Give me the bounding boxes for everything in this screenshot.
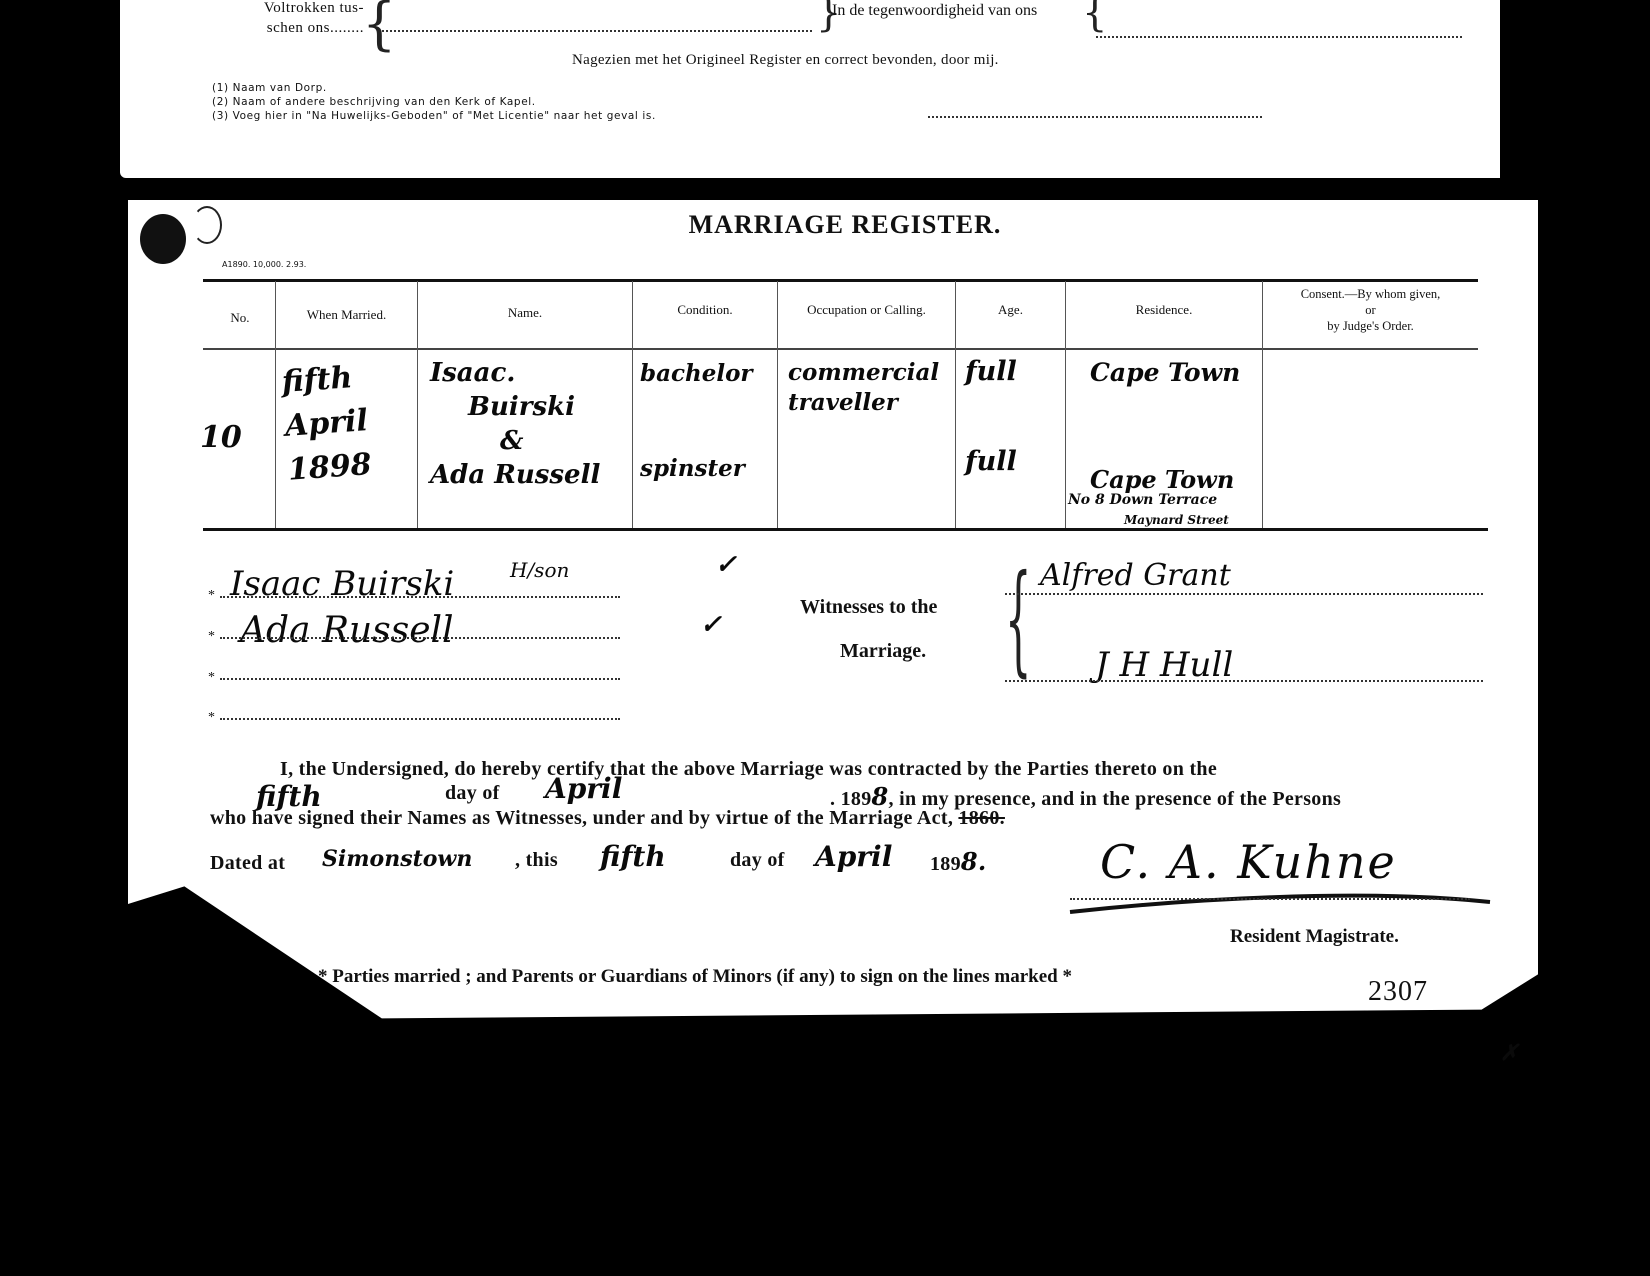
entry-consent bbox=[1263, 360, 1473, 520]
footnote-3: (3) Voeg hier in "Na Huwelijks-Geboden" … bbox=[212, 110, 656, 122]
check-mark-icon: ✓ bbox=[715, 550, 737, 580]
voltrokken-line-2: schen ons........ bbox=[244, 18, 364, 38]
bride-condition: spinster bbox=[640, 455, 745, 482]
witness-dotted-line bbox=[1096, 36, 1462, 38]
dated-month-handwritten: April bbox=[815, 840, 892, 873]
column-header-age: Age. bbox=[956, 302, 1065, 318]
magistrate-signature-line[interactable] bbox=[1070, 898, 1470, 900]
party-signature-1-annotation: H/son bbox=[510, 558, 569, 582]
occupation-line-2: traveller bbox=[788, 388, 939, 418]
act-year-struck: 1860. bbox=[958, 807, 1005, 829]
tegenwoordigheid-label: In de tegenwoordigheid van ons bbox=[832, 2, 1037, 20]
corner-mark-icon: ✗ bbox=[1500, 1040, 1518, 1066]
column-header-occupation: Occupation or Calling. bbox=[778, 302, 955, 318]
entry-when-married: fifth April 1898 bbox=[280, 355, 373, 493]
page-binding-shadow bbox=[120, 178, 1520, 202]
footer-instruction: * Parties married ; and Parents or Guard… bbox=[318, 966, 1072, 988]
brace-icon: { bbox=[1082, 0, 1107, 36]
party-signature-2: Ada Russell bbox=[240, 610, 454, 651]
signature-flourish-icon bbox=[1060, 880, 1500, 920]
witness-signature-2: J H Hull bbox=[1095, 645, 1233, 685]
certificate-line-3-text: who have signed their Names as Witnesses… bbox=[210, 807, 953, 829]
asterisk-marker: * bbox=[208, 629, 215, 645]
column-header-when-married: When Married. bbox=[276, 307, 417, 323]
bride-residence-line-3: Maynard Street bbox=[1068, 510, 1234, 530]
groom-condition: bachelor bbox=[640, 360, 753, 387]
witness-line-2[interactable] bbox=[1005, 680, 1483, 682]
consent-line-1: Consent.—By whom given, bbox=[1263, 286, 1478, 302]
party-signature-line-3[interactable] bbox=[220, 678, 620, 680]
bride-residence: Cape Town No 8 Down Terrace Maynard Stre… bbox=[1068, 470, 1234, 530]
column-header-condition: Condition. bbox=[633, 302, 777, 318]
dated-place-handwritten: Simonstown bbox=[322, 846, 472, 872]
dated-day-of-label: day of bbox=[730, 849, 785, 872]
print-code: A1890. 10,000. 2.93. bbox=[222, 260, 306, 269]
marriage-day: fifth bbox=[280, 355, 366, 405]
this-label: , this bbox=[515, 849, 558, 872]
asterisk-marker: * bbox=[208, 670, 215, 686]
table-header-rule bbox=[203, 348, 1478, 350]
witness-signature-1: Alfred Grant bbox=[1040, 558, 1231, 593]
register-title: MARRIAGE REGISTER. bbox=[0, 210, 1650, 240]
check-mark-icon: ✓ bbox=[700, 610, 722, 640]
groom-age: full bbox=[965, 356, 1017, 387]
party-signature-line-2[interactable] bbox=[220, 637, 620, 639]
dated-year-prefix: 189 bbox=[930, 853, 961, 875]
certificate-day-of-label: day of bbox=[445, 782, 500, 805]
column-header-consent: Consent.—By whom given, or by Judge's Or… bbox=[1263, 286, 1478, 334]
witness-brace-icon: { bbox=[1005, 560, 1032, 680]
name-conjunction: & bbox=[430, 424, 600, 458]
bride-residence-line-1: Cape Town bbox=[1068, 470, 1234, 490]
party-signature-line-1[interactable] bbox=[220, 596, 620, 598]
nagezien-text: Nagezien met het Origineel Register en c… bbox=[572, 52, 999, 69]
column-header-residence: Residence. bbox=[1066, 302, 1262, 318]
asterisk-marker: * bbox=[208, 710, 215, 726]
dated-year-digit-handwritten: 8. bbox=[961, 847, 987, 876]
column-divider bbox=[632, 281, 633, 528]
page-number: 2307 bbox=[1368, 976, 1428, 1008]
dated-at-label: Dated at bbox=[210, 852, 285, 875]
column-divider bbox=[777, 281, 778, 528]
footnote-1: (1) Naam van Dorp. bbox=[212, 82, 327, 94]
voltrokken-dotted-line bbox=[382, 30, 812, 32]
consent-line-3: by Judge's Order. bbox=[1263, 318, 1478, 334]
table-top-rule bbox=[203, 279, 1478, 282]
dated-year: 1898. bbox=[930, 847, 987, 876]
entry-number: 10 bbox=[200, 420, 242, 455]
consent-line-2: or bbox=[1263, 302, 1478, 318]
bride-name: Ada Russell bbox=[430, 458, 600, 492]
column-header-no: No. bbox=[205, 310, 275, 326]
voltrokken-label: Voltrokken tus- schen ons........ bbox=[244, 0, 364, 38]
marriage-year: 1898 bbox=[287, 443, 373, 493]
groom-first-name: Isaac. bbox=[430, 356, 600, 390]
table-bottom-rule bbox=[203, 528, 1488, 531]
occupation-line-1: commercial bbox=[788, 358, 939, 388]
left-brace-icon: { bbox=[362, 0, 396, 57]
bride-residence-line-2: No 8 Down Terrace bbox=[1068, 490, 1234, 510]
groom-residence: Cape Town bbox=[1090, 358, 1240, 387]
asterisk-marker: * bbox=[208, 588, 215, 604]
marriage-month: April bbox=[284, 399, 370, 449]
witness-line-1[interactable] bbox=[1005, 593, 1483, 595]
footnote-2: (2) Naam of andere beschrijving van den … bbox=[212, 96, 536, 108]
magistrate-title: Resident Magistrate. bbox=[1230, 926, 1399, 948]
bride-age: full bbox=[965, 446, 1017, 477]
groom-surname: Buirski bbox=[430, 390, 600, 424]
groom-occupation: commercial traveller bbox=[788, 358, 939, 418]
column-divider bbox=[1065, 281, 1066, 528]
witnesses-label-line-1: Witnesses to the bbox=[800, 596, 937, 619]
dated-day-handwritten: fifth bbox=[600, 840, 666, 873]
party-signature-line-4[interactable] bbox=[220, 718, 620, 720]
column-divider bbox=[955, 281, 956, 528]
column-header-name: Name. bbox=[418, 305, 632, 321]
certificate-line-1: I, the Undersigned, do hereby certify th… bbox=[280, 758, 1217, 781]
certificate-line-3: who have signed their Names as Witnesses… bbox=[210, 807, 1005, 830]
party-signature-1: Isaac Buirski bbox=[230, 564, 454, 604]
voltrokken-line-1: Voltrokken tus- bbox=[244, 0, 364, 18]
certificate-month-handwritten: April bbox=[545, 772, 622, 805]
witnesses-label-line-2: Marriage. bbox=[840, 640, 926, 663]
entry-names: Isaac. Buirski & Ada Russell bbox=[430, 356, 600, 492]
signature-dotted-line bbox=[928, 116, 1262, 118]
